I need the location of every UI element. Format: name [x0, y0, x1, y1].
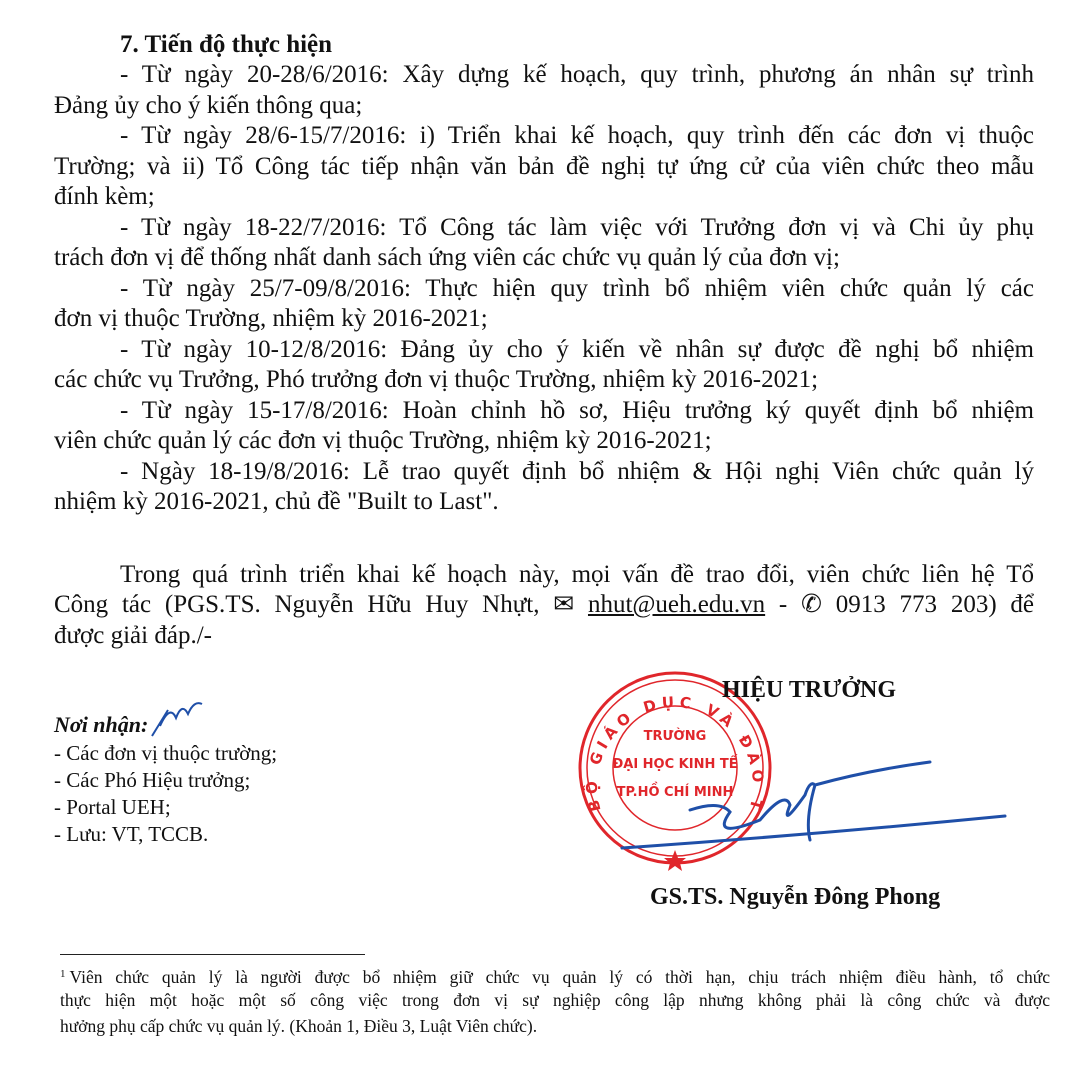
schedule-line: trách đơn vị để thống nhất danh sách ứng…: [54, 243, 1034, 273]
recipient-item: - Lưu: VT, TCCB.: [54, 821, 208, 847]
signature-title: HIỆU TRƯỞNG: [722, 677, 896, 704]
document-page: 7. Tiến độ thực hiện - Từ ngày 20-28/6/2…: [0, 0, 1085, 1073]
schedule-line: - Từ ngày 15-17/8/2016: Hoàn chỉnh hồ sơ…: [120, 396, 1034, 426]
contact-suffix: ) để: [988, 591, 1034, 618]
footnote-marker: 1: [60, 968, 66, 980]
schedule-line: nhiệm kỳ 2016-2021, chủ đề "Built to Las…: [54, 487, 1034, 517]
handwritten-signature-icon: [610, 750, 1030, 860]
schedule-line: - Từ ngày 20-28/6/2016: Xây dựng kế hoạc…: [120, 60, 1034, 90]
contact-line: Trong quá trình triển khai kế hoạch này,…: [120, 560, 1034, 590]
schedule-line: Đảng ủy cho ý kiến thông qua;: [54, 91, 1034, 121]
initials-signature-icon: [148, 696, 208, 740]
schedule-line: viên chức quản lý các đơn vị thuộc Trườn…: [54, 426, 1034, 456]
recipient-item: - Portal UEH;: [54, 794, 171, 820]
recipients-title: Nơi nhận:: [54, 712, 148, 738]
footnote-text: Viên chức quản lý là người được bổ nhiệm…: [70, 967, 1051, 987]
contact-prefix: Công tác (PGS.TS. Nguyễn Hữu Huy Nhựt,: [54, 591, 553, 618]
recipient-item: - Các đơn vị thuộc trường;: [54, 740, 277, 766]
recipient-item: - Các Phó Hiệu trưởng;: [54, 767, 250, 793]
schedule-line: đơn vị thuộc Trường, nhiệm kỳ 2016-2021;: [54, 304, 1034, 334]
signatory-name: GS.TS. Nguyễn Đông Phong: [650, 884, 940, 911]
schedule-line: - Từ ngày 25/7-09/8/2016: Thực hiện quy …: [120, 274, 1034, 304]
seal-line: TRƯỜNG: [644, 728, 707, 744]
schedule-line: - Từ ngày 28/6-15/7/2016: i) Triển khai …: [120, 121, 1034, 151]
schedule-line: các chức vụ Trưởng, Phó trưởng đơn vị th…: [54, 365, 1034, 395]
footnote-line: thực hiện một hoặc một số công việc tron…: [60, 988, 1050, 1012]
phone-number: 0913 773 203: [836, 591, 989, 618]
mail-icon: ✉: [553, 591, 574, 618]
footnote-line: hưởng phụ cấp chức vụ quản lý. (Khoản 1,…: [60, 1014, 1050, 1038]
footnote-divider: [60, 954, 365, 955]
schedule-line: - Từ ngày 10-12/8/2016: Đảng ủy cho ý ki…: [120, 335, 1034, 365]
schedule-line: - Ngày 18-19/8/2016: Lễ trao quyết định …: [120, 457, 1034, 487]
contact-line: Công tác (PGS.TS. Nguyễn Hữu Huy Nhựt, ✉…: [54, 590, 1034, 620]
schedule-line: đính kèm;: [54, 182, 1034, 212]
footnote-line: 1Viên chức quản lý là người được bổ nhiệ…: [60, 962, 1050, 989]
separator: -: [765, 591, 801, 618]
email-link[interactable]: nhut@ueh.edu.vn: [588, 591, 765, 618]
contact-line: được giải đáp./-: [54, 621, 1034, 651]
phone-icon: ✆: [801, 591, 822, 618]
section-heading: 7. Tiến độ thực hiện: [120, 30, 1034, 60]
schedule-line: Trường; và ii) Tổ Công tác tiếp nhận văn…: [54, 152, 1034, 182]
schedule-line: - Từ ngày 18-22/7/2016: Tổ Công tác làm …: [120, 213, 1034, 243]
